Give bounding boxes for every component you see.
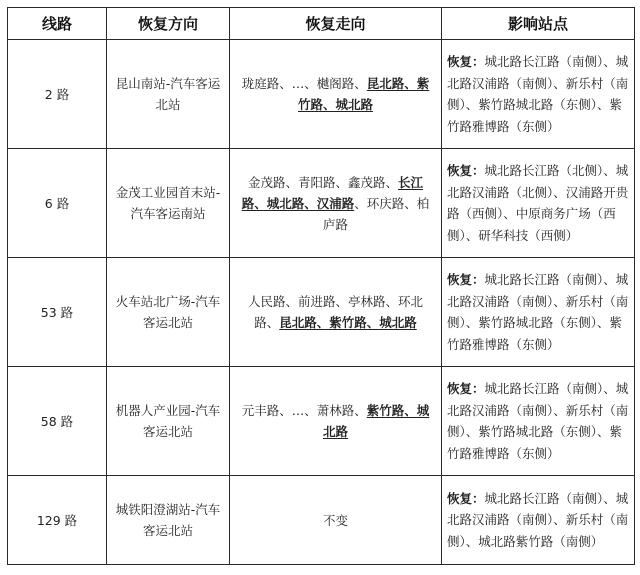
stops-label: 恢复：: [447, 54, 485, 69]
route-cell: 元丰路、…、萧林路、紫竹路、城北路: [230, 367, 442, 476]
route-cell: 人民路、前进路、亭林路、环北路、昆北路、紫竹路、城北路: [230, 258, 442, 367]
header-route: 恢复走向: [230, 8, 442, 40]
line-cell: 129 路: [8, 476, 107, 565]
direction-cell: 火车站北广场-汽车客运北站: [107, 258, 230, 367]
stops-label: 恢复：: [447, 163, 485, 178]
direction-cell: 机器人产业园-汽车客运北站: [107, 367, 230, 476]
stops-label: 恢复：: [447, 381, 485, 396]
route-cell: 金茂路、青阳路、鑫茂路、长江路、城北路、汉浦路、环庆路、柏庐路: [230, 149, 442, 258]
line-cell: 58 路: [8, 367, 107, 476]
stops-cell: 恢复：城北路长江路（北侧）、城北路汉浦路（北侧）、汉浦路开贵路（西侧）、中原商务…: [442, 149, 635, 258]
direction-cell: 城铁阳澄湖站-汽车客运北站: [107, 476, 230, 565]
table-row: 2 路 昆山南站-汽车客运北站 珑庭路、…、樾阁路、昆北路、紫竹路、城北路 恢复…: [8, 40, 635, 149]
route-plain: 元丰路、…、萧林路、: [242, 403, 367, 418]
table-row: 129 路 城铁阳澄湖站-汽车客运北站 不变 恢复：城北路长江路（南侧）、城北路…: [8, 476, 635, 565]
line-cell: 6 路: [8, 149, 107, 258]
header-line: 线路: [8, 8, 107, 40]
header-stops: 影响站点: [442, 8, 635, 40]
table-row: 53 路 火车站北广场-汽车客运北站 人民路、前进路、亭林路、环北路、昆北路、紫…: [8, 258, 635, 367]
route-plain: 不变: [323, 513, 348, 528]
bus-route-restoration-table: 线路 恢复方向 恢复走向 影响站点 2 路 昆山南站-汽车客运北站 珑庭路、…、…: [7, 7, 635, 565]
route-cell: 不变: [230, 476, 442, 565]
line-cell: 2 路: [8, 40, 107, 149]
table-row: 58 路 机器人产业园-汽车客运北站 元丰路、…、萧林路、紫竹路、城北路 恢复：…: [8, 367, 635, 476]
route-plain: 珑庭路、…、樾阁路、: [242, 76, 367, 91]
stops-label: 恢复：: [447, 491, 485, 506]
route-cell: 珑庭路、…、樾阁路、昆北路、紫竹路、城北路: [230, 40, 442, 149]
stops-label: 恢复：: [447, 272, 485, 287]
direction-cell: 昆山南站-汽车客运北站: [107, 40, 230, 149]
stops-cell: 恢复：城北路长江路（南侧）、城北路汉浦路（南侧）、新乐村（南侧）、紫竹路城北路（…: [442, 258, 635, 367]
stops-cell: 恢复：城北路长江路（南侧）、城北路汉浦路（南侧）、新乐村（南侧）、紫竹路城北路（…: [442, 40, 635, 149]
header-direction: 恢复方向: [107, 8, 230, 40]
direction-cell: 金茂工业园首末站-汽车客运南站: [107, 149, 230, 258]
route-plain: 金茂路、青阳路、鑫茂路、: [248, 175, 398, 190]
stops-cell: 恢复：城北路长江路（南侧）、城北路汉浦路（南侧）、新乐村（南侧）、紫竹路城北路（…: [442, 367, 635, 476]
header-row: 线路 恢复方向 恢复走向 影响站点: [8, 8, 635, 40]
route-highlight: 昆北路、紫竹路、城北路: [279, 315, 417, 330]
table-row: 6 路 金茂工业园首末站-汽车客运南站 金茂路、青阳路、鑫茂路、长江路、城北路、…: [8, 149, 635, 258]
stops-cell: 恢复：城北路长江路（南侧）、城北路汉浦路（南侧）、新乐村（南侧）、城北路紫竹路（…: [442, 476, 635, 565]
line-cell: 53 路: [8, 258, 107, 367]
